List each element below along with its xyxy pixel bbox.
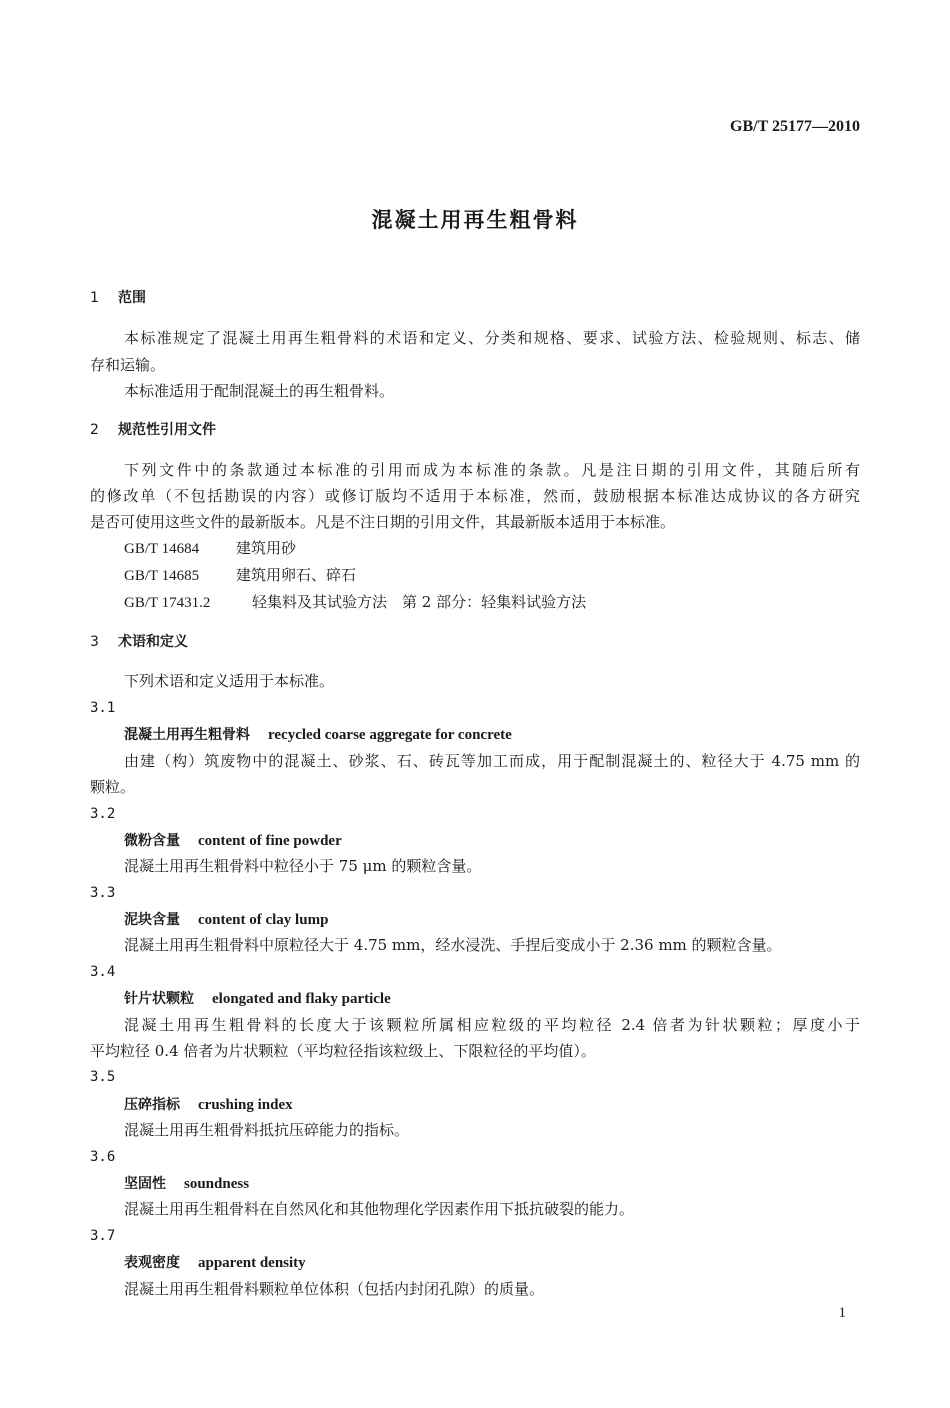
- reference-title: 建筑用卵石、碎石: [236, 566, 356, 584]
- clause-number: 3.5: [90, 1067, 115, 1087]
- term-chinese: 压碎指标: [124, 1097, 180, 1113]
- section-1-heading: 1范围: [90, 288, 146, 308]
- reference-item: GB/T 14685建筑用卵石、碎石: [124, 565, 356, 586]
- term-english: crushing index: [198, 1097, 293, 1113]
- section-title: 规范性引用文件: [118, 422, 216, 438]
- reference-item: GB/T 14684建筑用砂: [124, 538, 296, 559]
- document-title: 混凝土用再生粗骨料: [0, 204, 950, 234]
- term-heading: 针片状颗粒elongated and flaky particle: [124, 988, 391, 1009]
- clause-number: 3.4: [90, 962, 115, 982]
- term-heading: 混凝土用再生粗骨料recycled coarse aggregate for c…: [124, 724, 512, 745]
- term-heading: 坚固性soundness: [124, 1173, 249, 1194]
- reference-item: GB/T 17431.2轻集料及其试验方法 第 2 部分：轻集料试验方法: [124, 592, 586, 613]
- term-definition: 混凝土用再生粗骨料的长度大于该颗粒所属相应粒级的平均粒径 2.4 倍者为针状颗粒…: [124, 1015, 860, 1035]
- paragraph: 下列术语和定义适用于本标准。: [124, 671, 334, 691]
- term-chinese: 泥块含量: [124, 912, 180, 928]
- standard-code: GB/T 25177—2010: [730, 118, 860, 136]
- section-title: 范围: [118, 290, 146, 306]
- term-heading: 微粉含量content of fine powder: [124, 830, 342, 851]
- term-definition: 平均粒径 0.4 倍者为片状颗粒（平均粒径指该粒级上、下限粒径的平均值）。: [90, 1041, 596, 1061]
- paragraph: 本标准适用于配制混凝土的再生粗骨料。: [124, 381, 394, 401]
- section-number: 3: [90, 632, 118, 652]
- term-heading: 表观密度apparent density: [124, 1252, 306, 1273]
- section-number: 2: [90, 420, 118, 440]
- term-definition: 混凝土用再生粗骨料抵抗压碎能力的指标。: [124, 1120, 409, 1140]
- section-title: 术语和定义: [118, 634, 188, 650]
- term-definition: 由建（构）筑废物中的混凝土、砂浆、石、砖瓦等加工而成，用于配制混凝土的、粒径大于…: [124, 751, 860, 771]
- section-2-heading: 2规范性引用文件: [90, 420, 216, 440]
- term-english: soundness: [184, 1176, 249, 1192]
- term-definition: 颗粒。: [90, 777, 135, 797]
- paragraph: 存和运输。: [90, 355, 165, 375]
- term-definition: 混凝土用再生粗骨料在自然风化和其他物理化学因素作用下抵抗破裂的能力。: [124, 1199, 634, 1219]
- reference-code: GB/T 14685: [124, 566, 236, 586]
- clause-number: 3.1: [90, 698, 115, 718]
- reference-code: GB/T 14684: [124, 539, 236, 559]
- reference-title: 建筑用砂: [236, 539, 296, 557]
- term-english: apparent density: [198, 1255, 306, 1271]
- term-english: recycled coarse aggregate for concrete: [268, 727, 512, 743]
- reference-title: 轻集料及其试验方法 第 2 部分：轻集料试验方法: [252, 593, 586, 611]
- page-number: 1: [839, 1305, 847, 1322]
- term-heading: 压碎指标crushing index: [124, 1094, 293, 1115]
- section-3-heading: 3术语和定义: [90, 632, 188, 652]
- paragraph: 是否可使用这些文件的最新版本。凡是不注日期的引用文件，其最新版本适用于本标准。: [90, 512, 675, 532]
- term-chinese: 坚固性: [124, 1176, 166, 1192]
- term-english: content of fine powder: [198, 833, 342, 849]
- clause-number: 3.6: [90, 1147, 115, 1167]
- section-number: 1: [90, 288, 118, 308]
- term-chinese: 针片状颗粒: [124, 991, 194, 1007]
- term-chinese: 微粉含量: [124, 833, 180, 849]
- term-english: elongated and flaky particle: [212, 991, 391, 1007]
- paragraph: 本标准规定了混凝土用再生粗骨料的术语和定义、分类和规格、要求、试验方法、检验规则…: [124, 328, 860, 348]
- clause-number: 3.7: [90, 1226, 115, 1246]
- term-chinese: 表观密度: [124, 1255, 180, 1271]
- term-chinese: 混凝土用再生粗骨料: [124, 727, 250, 743]
- paragraph: 的修改单（不包括勘误的内容）或修订版均不适用于本标准，然而，鼓励根据本标准达成协…: [90, 486, 860, 506]
- term-heading: 泥块含量content of clay lump: [124, 909, 328, 930]
- paragraph: 下列文件中的条款通过本标准的引用而成为本标准的条款。凡是注日期的引用文件，其随后…: [124, 460, 860, 480]
- term-definition: 混凝土用再生粗骨料颗粒单位体积（包括内封闭孔隙）的质量。: [124, 1279, 544, 1299]
- term-definition: 混凝土用再生粗骨料中粒径小于 75 μm 的颗粒含量。: [124, 856, 481, 876]
- clause-number: 3.2: [90, 804, 115, 824]
- term-definition: 混凝土用再生粗骨料中原粒径大于 4.75 mm，经水浸洗、手捏后变成小于 2.3…: [124, 935, 782, 955]
- clause-number: 3.3: [90, 883, 115, 903]
- reference-code: GB/T 17431.2: [124, 593, 252, 613]
- term-english: content of clay lump: [198, 912, 328, 928]
